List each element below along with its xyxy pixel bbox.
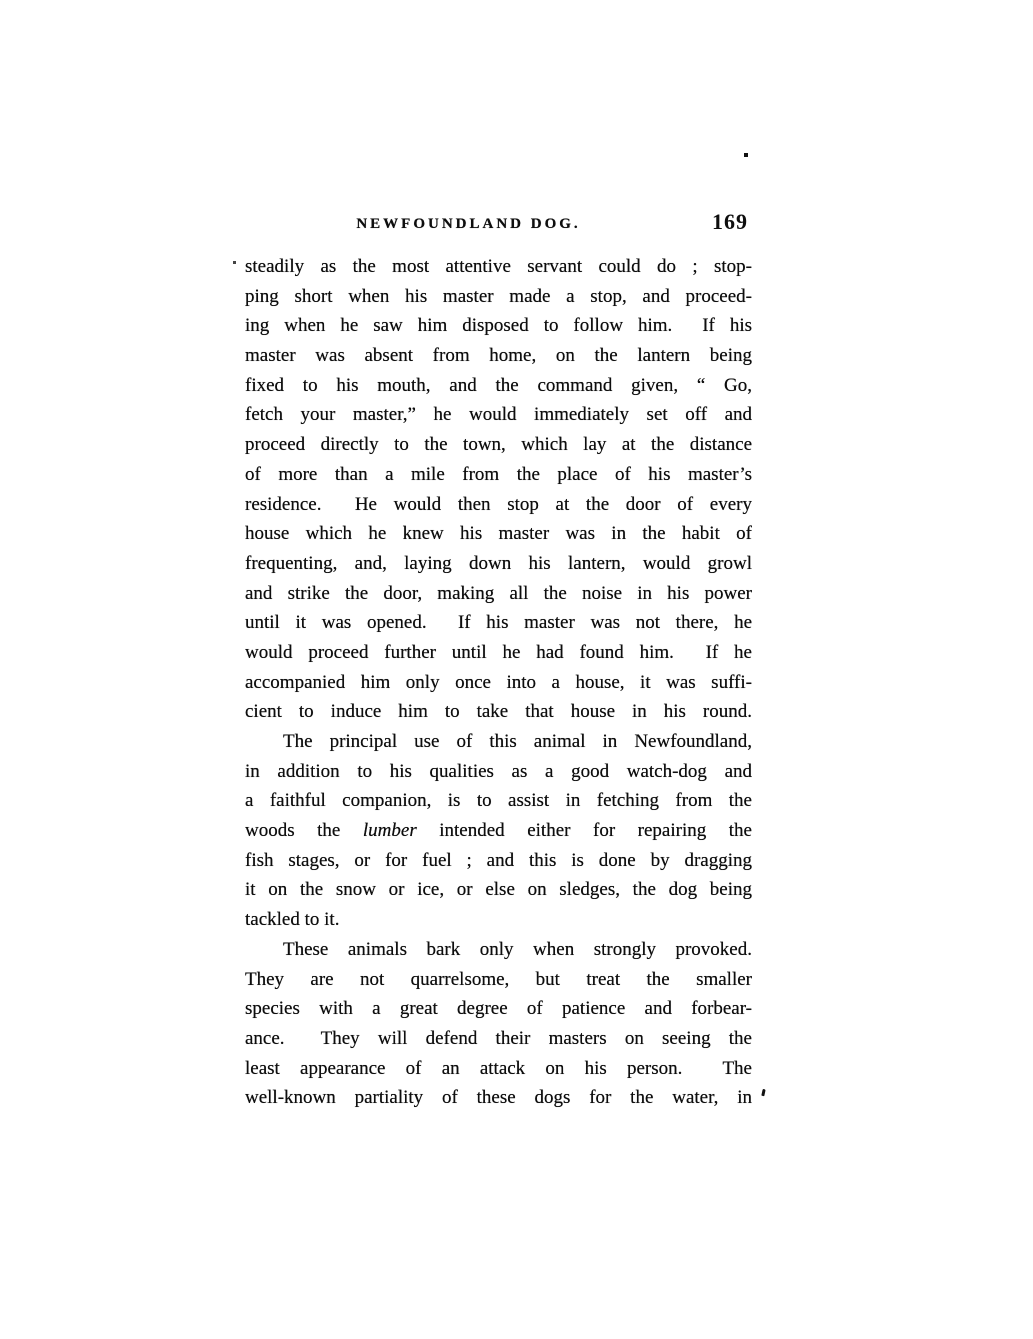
text-line: fixed to his mouth, and the command give… <box>245 371 752 401</box>
text-line: least appearance of an attack on his per… <box>245 1054 752 1084</box>
italic-word: lumber <box>363 820 417 841</box>
page-body: steadily as the most attentive servant c… <box>245 252 752 1113</box>
text-line: ance. They will defend their masters on … <box>245 1024 752 1054</box>
text-line: steadily as the most attentive servant c… <box>245 252 752 282</box>
text-line: in addition to his qualities as a good w… <box>245 757 752 787</box>
text-line: it on the snow or ice, or else on sledge… <box>245 875 752 905</box>
text-line: tackled to it. <box>245 905 752 935</box>
text-line: house which he knew his master was in th… <box>245 519 752 549</box>
text-line: species with a great degree of patience … <box>245 994 752 1024</box>
text-line: accompanied him only once into a house, … <box>245 668 752 698</box>
text-line: cient to induce him to take that house i… <box>245 697 752 727</box>
page-header: NEWFOUNDLAND DOG. 169 <box>245 208 752 240</box>
text-line: of more than a mile from the place of hi… <box>245 460 752 490</box>
scan-speck <box>761 1089 765 1096</box>
text-line: residence. He would then stop at the doo… <box>245 490 752 520</box>
text-line: frequenting, and, laying down his lanter… <box>245 549 752 579</box>
text-line: ping short when his master made a stop, … <box>245 282 752 312</box>
text-line: master was absent from home, on the lant… <box>245 341 752 371</box>
text-line: fish stages, or for fuel ; and this is d… <box>245 846 752 876</box>
text-line: and strike the door, making all the nois… <box>245 579 752 609</box>
text-line: proceed directly to the town, which lay … <box>245 430 752 460</box>
text-line: ing when he saw him disposed to follow h… <box>245 311 752 341</box>
book-page-scan: NEWFOUNDLAND DOG. 169 steadily as the mo… <box>0 0 1033 1339</box>
text-line: They are not quarrelsome, but treat the … <box>245 965 752 995</box>
text-line: fetch your master,” he would immediately… <box>245 400 752 430</box>
scan-speck <box>233 261 236 264</box>
text-line: well-known partiality of these dogs for … <box>245 1083 752 1113</box>
text-line: a faithful companion, is to assist in fe… <box>245 786 752 816</box>
page-number: 169 <box>712 209 748 235</box>
text-line: The principal use of this animal in Newf… <box>245 727 752 757</box>
scan-speck <box>744 153 748 157</box>
text-line: until it was opened. If his master was n… <box>245 608 752 638</box>
text-line: woods the lumber intended either for rep… <box>245 816 752 846</box>
text-line: These animals bark only when strongly pr… <box>245 935 752 965</box>
running-title: NEWFOUNDLAND DOG. <box>245 216 692 233</box>
text-line: would proceed further until he had found… <box>245 638 752 668</box>
